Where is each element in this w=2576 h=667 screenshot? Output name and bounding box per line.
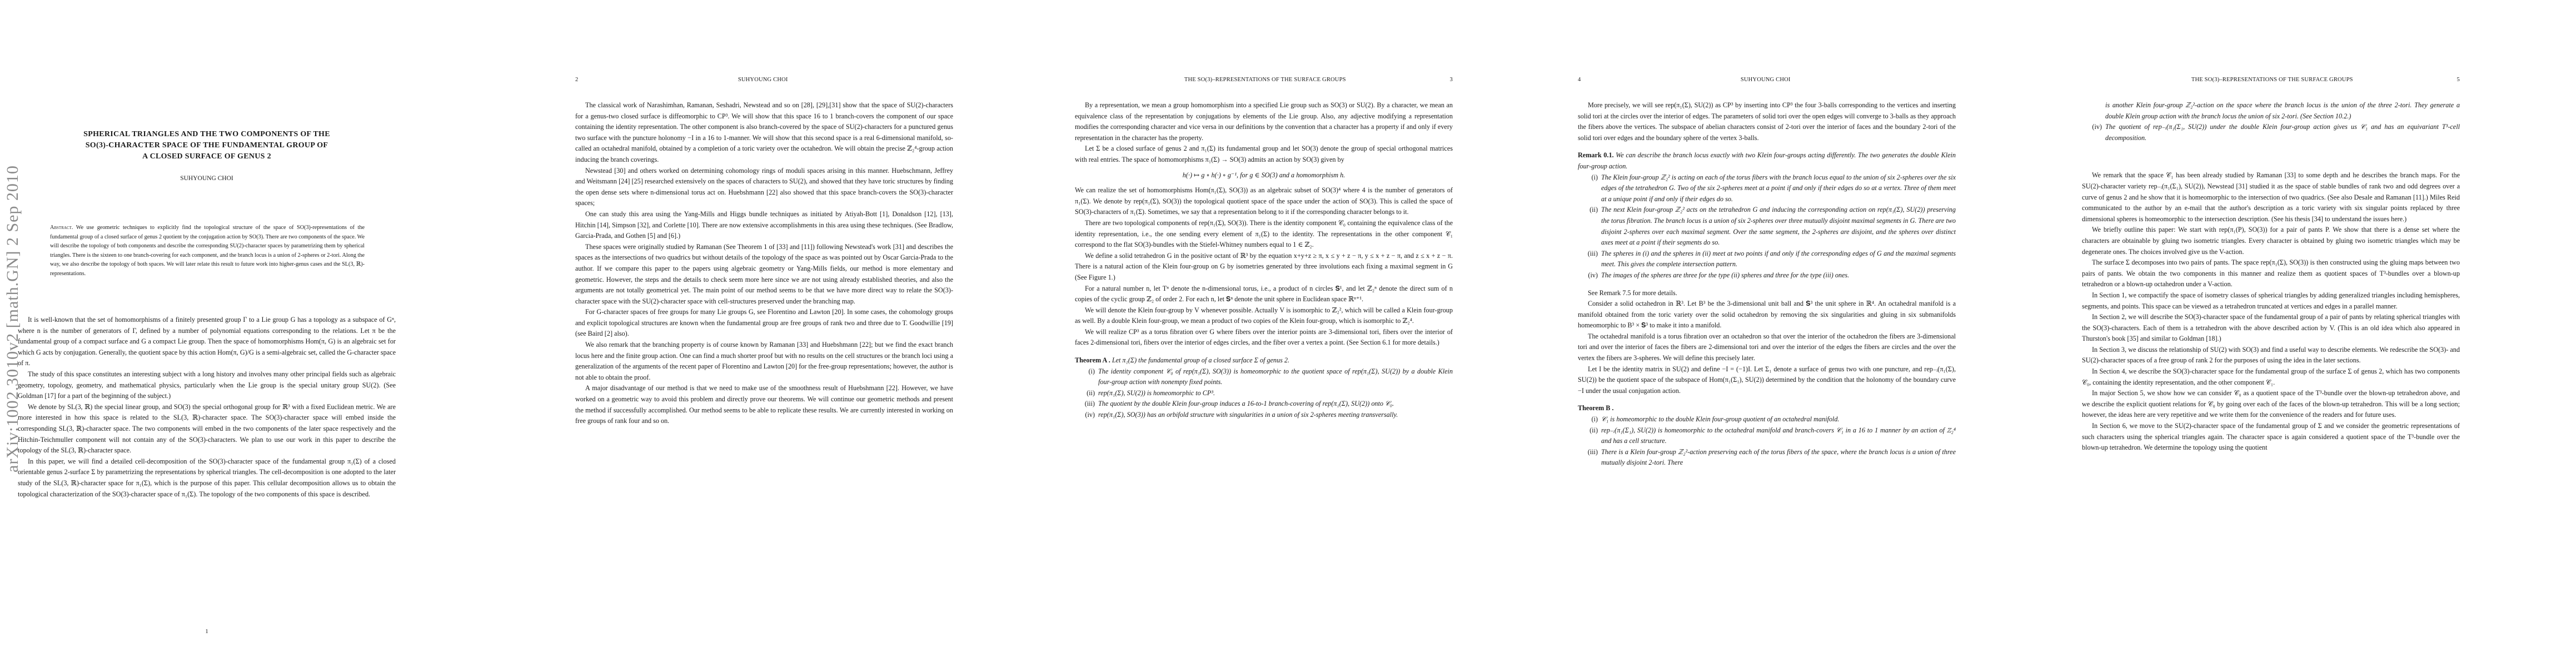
page-3-body: By a representation, we mean a group hom…: [1075, 100, 1453, 421]
paragraph: The surface Σ decomposes into two pairs …: [2082, 257, 2460, 290]
paragraph: By a representation, we mean a group hom…: [1075, 100, 1453, 143]
paragraph: In Section 3, we discuss the relationshi…: [2082, 345, 2460, 366]
theorem-b: Theorem B . (i)𝒞₁ is homeomorphic to the…: [1578, 403, 1956, 469]
paragraph: We can realize the set of homomorphisms …: [1075, 185, 1453, 218]
page-1-body: It is well-known that the set of homomor…: [18, 315, 396, 500]
paragraph: See Remark 7.5 for more details.: [1578, 288, 1956, 299]
paragraph: We will realize CP³ as a torus fibration…: [1075, 327, 1453, 349]
theorem-item: (i)𝒞₁ is homeomorphic to the double Klei…: [1578, 414, 1956, 425]
theorem-item: (ii)rep(π₁(Σ), SU(2)) is homeomorphic to…: [1075, 388, 1453, 399]
remark-item: (iv)The images of the spheres are three …: [1578, 270, 1956, 281]
paragraph: These spaces were originally studied by …: [575, 242, 953, 307]
title-line: SPHERICAL TRIANGLES AND THE TWO COMPONEN…: [18, 129, 396, 140]
running-header: 2 SUHYOUNG CHOI: [575, 77, 953, 83]
paragraph: In this paper, we will find a detailed c…: [18, 456, 396, 500]
remark-items: (i)The Klein four-group ℤ₂² is acting on…: [1578, 172, 1956, 281]
paragraph: We will denote the Klein four-group by V…: [1075, 305, 1453, 327]
theorem-statement: Let π₁(Σ) the fundamental group of a clo…: [1112, 356, 1289, 364]
page-number-footer: 1: [18, 628, 396, 635]
page-2: 2 SUHYOUNG CHOI The classical work of Na…: [515, 0, 1030, 667]
remark-item: (i)The Klein four-group ℤ₂² is acting on…: [1578, 172, 1956, 205]
paragraph: In Section 4, we describe the SO(3)-char…: [2082, 366, 2460, 388]
paragraph: In Section 1, we compactify the space of…: [2082, 290, 2460, 312]
running-head-text: THE SO(3)–REPRESENTATIONS OF THE SURFACE…: [2087, 77, 2457, 83]
theorem-item: (ii)rep₋ᵢ(π₁(Σ₁), SU(2)) is homeomorphic…: [1578, 425, 1956, 447]
paragraph: We define a solid tetrahedron G in the p…: [1075, 251, 1453, 283]
theorem-label: Theorem A .: [1075, 356, 1110, 364]
page-1: arXiv:1002.3010v2 [math.GN] 2 Sep 2010 S…: [0, 0, 515, 667]
pdf-pages-spread: arXiv:1002.3010v2 [math.GN] 2 Sep 2010 S…: [0, 0, 2576, 667]
page-5: THE SO(3)–REPRESENTATIONS OF THE SURFACE…: [2061, 0, 2576, 667]
running-header: 4 SUHYOUNG CHOI: [1578, 77, 1956, 83]
paragraph: The study of this space constitutes an i…: [18, 369, 396, 402]
running-header: THE SO(3)–REPRESENTATIONS OF THE SURFACE…: [1075, 77, 1453, 83]
page-4: 4 SUHYOUNG CHOI More precisely, we will …: [1546, 0, 2061, 667]
remark-label: Remark 0.1.: [1578, 151, 1614, 159]
page-number: 3: [1450, 77, 1453, 83]
theorem-items: (i)𝒞₁ is homeomorphic to the double Klei…: [1578, 414, 1956, 469]
paragraph: The octahedral manifold is a torus fibra…: [1578, 331, 1956, 364]
paragraph: We denote by SL(3, ℝ) the special linear…: [18, 402, 396, 456]
paragraph: There are two topological components of …: [1075, 218, 1453, 251]
page-4-body: More precisely, we will see rep(π₁(Σ), S…: [1578, 100, 1956, 469]
paragraph: The classical work of Narashimhan, Raman…: [575, 100, 953, 166]
running-header: THE SO(3)–REPRESENTATIONS OF THE SURFACE…: [2082, 77, 2460, 83]
paragraph: A major disadvantage of our method is th…: [575, 383, 953, 426]
paragraph: More precisely, we will see rep(π₁(Σ), S…: [1578, 100, 1956, 143]
paragraph: Newstead [30] and others worked on deter…: [575, 166, 953, 209]
theorem-item: (iii)The quotient by the double Klein fo…: [1075, 399, 1453, 410]
paragraph: For a natural number n, let Tⁿ denote th…: [1075, 283, 1453, 305]
remark-statement: We can describe the branch locus exactly…: [1578, 151, 1956, 170]
theorem-item: (iv)The quotient of rep₋ᵢ(π₁(Σ₁, SU(2)) …: [2082, 122, 2460, 143]
page-5-body: is another Klein four-group ℤ₂²-action o…: [2082, 100, 2460, 454]
theorem-items: (i)The identity component 𝒞₀ of rep(π₁(Σ…: [1075, 366, 1453, 421]
page-2-body: The classical work of Narashimhan, Raman…: [575, 100, 953, 427]
paragraph: One can study this area using the Yang-M…: [575, 209, 953, 242]
theorem-item: (iv)rep(π₁(Σ), SO(3)) has an orbifold st…: [1075, 410, 1453, 421]
title-line: A CLOSED SURFACE OF GENUS 2: [18, 151, 396, 162]
abstract-label: Abstract.: [50, 225, 73, 231]
paragraph: We also remark that the branching proper…: [575, 340, 953, 383]
paper-title: SPHERICAL TRIANGLES AND THE TWO COMPONEN…: [18, 129, 396, 162]
theorem-a: Theorem A . Let π₁(Σ) the fundamental gr…: [1075, 355, 1453, 421]
paper-author: SUHYOUNG CHOI: [18, 175, 396, 182]
running-head-text: THE SO(3)–REPRESENTATIONS OF THE SURFACE…: [1080, 77, 1450, 83]
theorem-item: (i)The identity component 𝒞₀ of rep(π₁(Σ…: [1075, 366, 1453, 388]
remark-0-1: Remark 0.1. We can describe the branch l…: [1578, 150, 1956, 281]
paragraph: In Section 2, we will describe the SO(3)…: [2082, 312, 2460, 345]
running-head-text: SUHYOUNG CHOI: [578, 77, 948, 83]
paragraph: Let Σ be a closed surface of genus 2 and…: [1075, 143, 1453, 165]
paragraph: For G-character spaces of free groups fo…: [575, 307, 953, 340]
paragraph: It is well-known that the set of homomor…: [18, 315, 396, 369]
paragraph: Let I be the identity matrix in SU(2) an…: [1578, 364, 1956, 397]
theorem-label: Theorem B .: [1578, 404, 1613, 412]
theorem-item: (iii)There is a Klein four-group ℤ₂²-act…: [1578, 447, 1956, 469]
theorem-item: is another Klein four-group ℤ₂²-action o…: [2082, 100, 2460, 122]
paragraph: In major Section 5, we show how we can c…: [2082, 388, 2460, 421]
paragraph: Consider a solid octahedron in ℝ³. Let B…: [1578, 298, 1956, 331]
paragraph: We remark that the space 𝒞₁ has been alr…: [2082, 170, 2460, 225]
paragraph: In Section 6, we move to the SU(2)-chara…: [2082, 421, 2460, 454]
remark-item: (iii)The spheres in (i) and the spheres …: [1578, 248, 1956, 270]
page-3: THE SO(3)–REPRESENTATIONS OF THE SURFACE…: [1030, 0, 1546, 667]
paragraph: We briefly outline this paper: We start …: [2082, 225, 2460, 257]
remark-item: (ii)The next Klein four-group ℤ₂² acts o…: [1578, 205, 1956, 248]
display-equation: h(·) ↦ g ∘ h(·) ∘ g⁻¹, for g ∈ SO(3) and…: [1075, 170, 1453, 181]
title-line: SO(3)-CHARACTER SPACE OF THE FUNDAMENTAL…: [18, 140, 396, 151]
theorem-b-continued: is another Klein four-group ℤ₂²-action o…: [2082, 100, 2460, 143]
running-head-text: SUHYOUNG CHOI: [1581, 77, 1950, 83]
abstract: Abstract. We use geometric techniques to…: [50, 223, 365, 278]
page-number: 5: [2457, 77, 2460, 83]
abstract-text: We use geometric techniques to explicitl…: [50, 225, 365, 277]
